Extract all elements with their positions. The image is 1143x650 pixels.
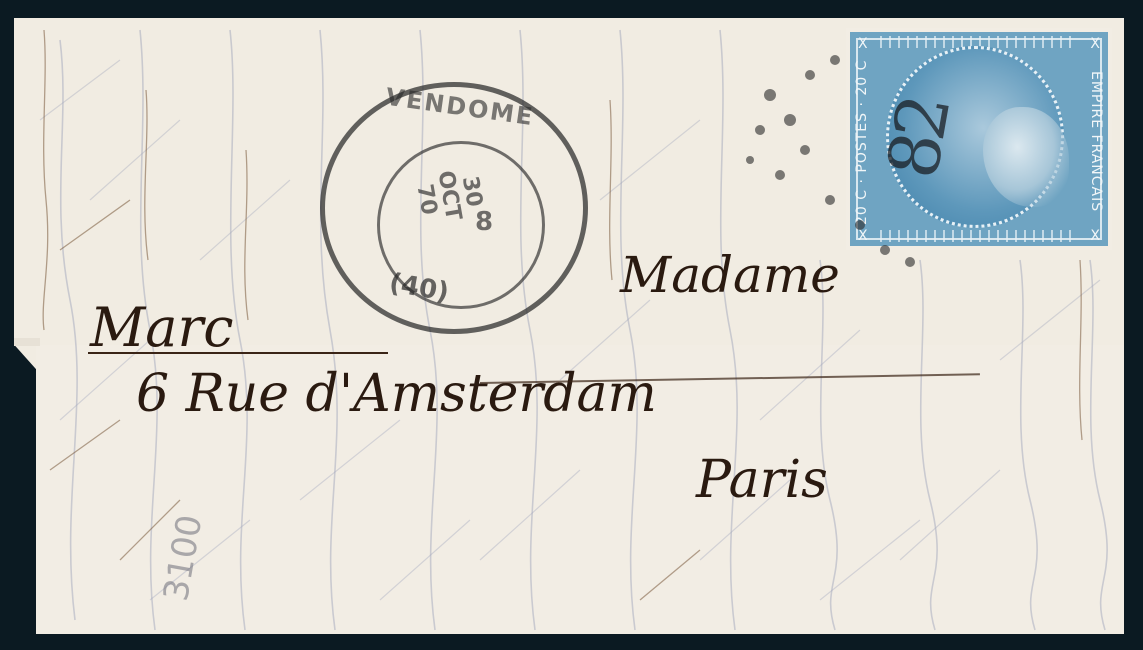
laureate-head-portrait-icon [983, 107, 1069, 207]
name-flourish [88, 352, 388, 354]
circular-datestamp: VENDOME 30 OCT 70 8 (40) [320, 82, 588, 334]
stamp-corner-x: X [858, 36, 868, 52]
stamp-corner-x: X [1090, 36, 1100, 52]
address-salutation: Madame [620, 246, 840, 304]
address-street: 6 Rue d'Amsterdam [136, 364, 657, 424]
greek-key-border-bottom [880, 230, 1078, 242]
stamp-issuer-text: EMPIRE FRANCAIS [1084, 52, 1104, 232]
postage-stamp: X X X X 20 C · POSTES · 20 C EMPIRE FRAN… [846, 28, 1112, 250]
address-name: Marc [90, 296, 234, 359]
numeral-cancel: 82 [871, 94, 965, 184]
fold-step [14, 338, 40, 346]
postmark-day: 8 [475, 207, 493, 237]
stamp-value-text: 20 C · POSTES · 20 C [854, 52, 874, 232]
address-city: Paris [696, 450, 828, 510]
